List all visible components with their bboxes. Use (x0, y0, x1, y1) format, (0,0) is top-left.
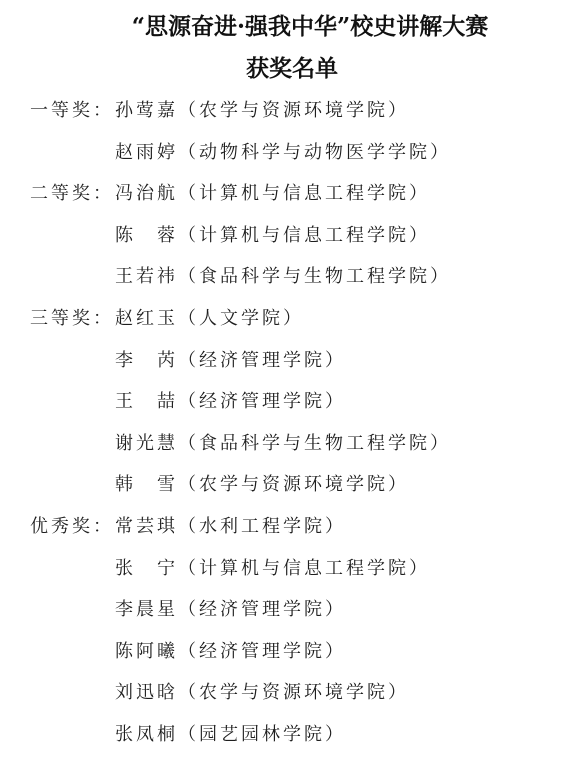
winner-name: 孙莺嘉 (115, 100, 178, 121)
winner-college: （食品科学与生物工程学院） (178, 433, 451, 454)
winner-college: （农学与资源环境学院） (178, 474, 409, 495)
winner-name: 王若祎 (115, 266, 178, 287)
winner-college: （计算机与信息工程学院） (178, 225, 430, 246)
winner-college: （动物科学与动物医学学院） (178, 142, 451, 163)
winner-entry: 张凤桐（园艺园林学院） (115, 720, 346, 746)
winner-entry: 王若祎（食品科学与生物工程学院） (115, 262, 451, 288)
winner-entry: 赵红玉（人文学院） (115, 304, 304, 330)
winner-college: （食品科学与生物工程学院） (178, 266, 451, 287)
winner-name: 王 喆 (115, 391, 178, 412)
winner-entry: 陈阿曦（经济管理学院） (115, 637, 346, 663)
winner-name: 张 宁 (115, 558, 178, 579)
winner-name: 赵红玉 (115, 308, 178, 329)
document-title: “思源奋进·强我中华”校史讲解大赛 (18, 8, 584, 41)
winner-entry: 刘迅晗（农学与资源环境学院） (115, 678, 409, 704)
winner-entry: 冯治航（计算机与信息工程学院） (115, 179, 430, 205)
winner-college: （农学与资源环境学院） (178, 100, 409, 121)
winner-name: 韩 雪 (115, 474, 178, 495)
winner-name: 陈 蓉 (115, 225, 178, 246)
winner-entry: 王 喆（经济管理学院） (115, 387, 346, 413)
winner-college: （水利工程学院） (178, 516, 346, 537)
winner-entry: 谢光慧（食品科学与生物工程学院） (115, 429, 451, 455)
winner-college: （农学与资源环境学院） (178, 682, 409, 703)
winner-entry: 李 芮（经济管理学院） (115, 346, 346, 372)
document-subtitle: 获奖名单 (0, 50, 584, 83)
winner-name: 陈阿曦 (115, 641, 178, 662)
winner-entry: 陈 蓉（计算机与信息工程学院） (115, 221, 430, 247)
winner-name: 刘迅晗 (115, 682, 178, 703)
winner-name: 张凤桐 (115, 724, 178, 745)
award-label-second: 二等奖： (30, 179, 114, 205)
winner-college: （人文学院） (178, 308, 304, 329)
winner-name: 常芸琪 (115, 516, 178, 537)
winner-college: （经济管理学院） (178, 350, 346, 371)
winner-entry: 韩 雪（农学与资源环境学院） (115, 470, 409, 496)
winner-entry: 常芸琪（水利工程学院） (115, 512, 346, 538)
winner-entry: 李晨星（经济管理学院） (115, 595, 346, 621)
winner-entry: 张 宁（计算机与信息工程学院） (115, 554, 430, 580)
winner-entry: 孙莺嘉（农学与资源环境学院） (115, 96, 409, 122)
winner-name: 李晨星 (115, 599, 178, 620)
winner-college: （计算机与信息工程学院） (178, 558, 430, 579)
winner-college: （经济管理学院） (178, 641, 346, 662)
winner-name: 冯治航 (115, 183, 178, 204)
winner-entry: 赵雨婷（动物科学与动物医学学院） (115, 138, 451, 164)
award-label-third: 三等奖： (30, 304, 114, 330)
winner-college: （经济管理学院） (178, 599, 346, 620)
winner-college: （园艺园林学院） (178, 724, 346, 745)
award-label-excellence: 优秀奖： (30, 512, 114, 538)
award-label-first: 一等奖： (30, 96, 114, 122)
winner-college: （计算机与信息工程学院） (178, 183, 430, 204)
winner-college: （经济管理学院） (178, 391, 346, 412)
winner-name: 李 芮 (115, 350, 178, 371)
winner-name: 赵雨婷 (115, 142, 178, 163)
winner-name: 谢光慧 (115, 433, 178, 454)
